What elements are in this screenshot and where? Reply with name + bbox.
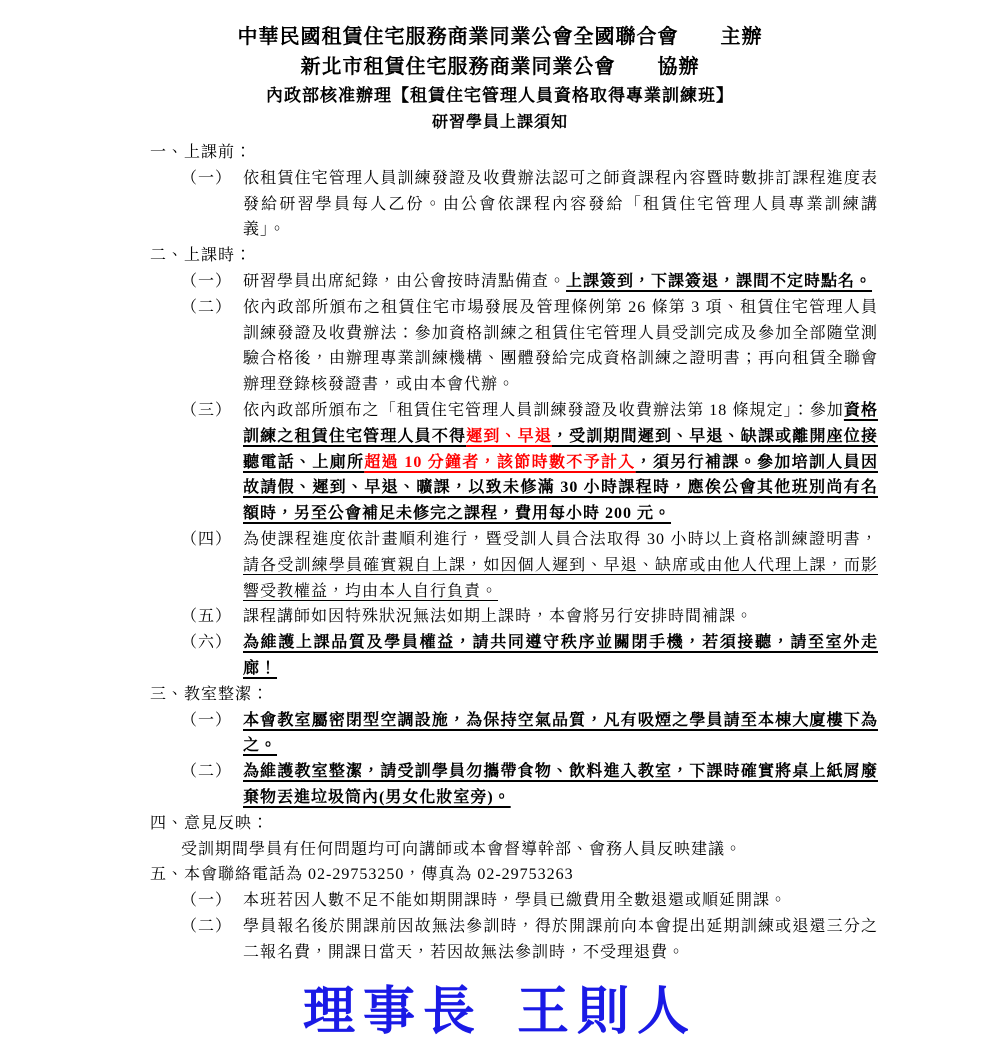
item-text: 本班若因人數不足不能如期開課時，學員已繳費用全數退還或順延開課。 [243, 888, 878, 914]
item-text: 學員報名後於開課前因故無法參訓時，得於開課前向本會提出延期訓練或退還三分之二報名… [243, 914, 878, 966]
text-segment: 為維護上課品質及學員權益，請共同遵守秩序並關閉手機，若須接聽，請至室外走廊！ [243, 634, 878, 677]
text-segment: 為維護教室整潔，請受訓學員勿攜帶食物、飲料進入教室，下課時確實將桌上紙屑廢棄物丟… [243, 763, 878, 806]
list-item: （四）為使課程進度依計畫順利進行，暨受訓人員合法取得 30 小時以上資格訓練證明… [181, 527, 878, 604]
text-segment: 依內政部所頒布之租賃住宅市場發展及管理條例第 26 條第 3 項、租賃住宅管理人… [243, 299, 878, 393]
document-header: 中華民國租賃住宅服務商業同業公會全國聯合會 主辦 新北市租賃住宅服務商業同業公會… [0, 22, 1000, 135]
text-segment: 為使課程進度依計畫順利進行，暨受訓人員合法取得 30 小時以上資格訓練證明書， [243, 531, 878, 548]
text-segment: 依租賃住宅管理人員訓練發證及收費辦法認可之師資課程內容暨時數排訂課程進度表發給研… [243, 170, 878, 239]
item-number: （五） [181, 604, 243, 630]
item-number: （二） [181, 914, 243, 940]
chairman-signature: 理事長王則人 [0, 982, 1000, 1044]
text-segment: 本班若因人數不足不能如期開課時，學員已繳費用全數退還或順延開課。 [243, 892, 787, 909]
section-note: 受訓期間學員有任何問題均可向講師或本會督導幹部、會務人員反映建議。 [181, 837, 878, 863]
list-item: （二）學員報名後於開課前因故無法參訓時，得於開課前向本會提出延期訓練或退還三分之… [181, 914, 878, 966]
section-heading: 三、教室整潔： [150, 682, 878, 708]
text-segment: 依內政部所頒布之「租賃住宅管理人員訓練發證及收費辦法第 18 條規定」：參加 [243, 402, 844, 419]
list-item: （六）為維護上課品質及學員權益，請共同遵守秩序並關閉手機，若須接聽，請至室外走廊… [181, 630, 878, 682]
item-text: 依內政部所頒布之「租賃住宅管理人員訓練發證及收費辦法第 18 條規定」：參加資格… [243, 398, 878, 527]
list-item: （二）依內政部所頒布之租賃住宅市場發展及管理條例第 26 條第 3 項、租賃住宅… [181, 295, 878, 398]
item-text: 依內政部所頒布之租賃住宅市場發展及管理條例第 26 條第 3 項、租賃住宅管理人… [243, 295, 878, 398]
section-heading: 五、本會聯絡電話為 02-29753250，傳真為 02-29753263 [150, 862, 878, 888]
organizer-line: 中華民國租賃住宅服務商業同業公會全國聯合會 主辦 [0, 22, 1000, 52]
section-3: 三、教室整潔：（一）本會教室屬密閉型空調設施，為保持空氣品質，凡有吸煙之學員請至… [150, 682, 878, 811]
list-item: （五）課程講師如因特殊狀況無法如期上課時，本會將另行安排時間補課。 [181, 604, 878, 630]
item-text: 依租賃住宅管理人員訓練發證及收費辦法認可之師資課程內容暨時數排訂課程進度表發給研… [243, 166, 878, 243]
text-segment: 學員報名後於開課前因故無法參訓時，得於開課前向本會提出延期訓練或退還三分之二報名… [243, 918, 878, 961]
item-number: （一） [181, 269, 243, 295]
item-number: （六） [181, 630, 243, 656]
list-item: （一）本班若因人數不足不能如期開課時，學員已繳費用全數退還或順延開課。 [181, 888, 878, 914]
text-segment: 遲到、早退 [466, 428, 552, 445]
notice-body: 一、上課前：（一）依租賃住宅管理人員訓練發證及收費辦法認可之師資課程內容暨時數排… [150, 140, 878, 966]
chairman-name: 王則人 [517, 984, 697, 1041]
co-organizer-line: 新北市租賃住宅服務商業同業公會 協辦 [0, 52, 1000, 82]
section-heading: 一、上課前： [150, 140, 878, 166]
section-5: 五、本會聯絡電話為 02-29753250，傳真為 02-29753263（一）… [150, 862, 878, 965]
item-number: （三） [181, 398, 243, 424]
item-number: （一） [181, 166, 243, 192]
item-text: 課程講師如因特殊狀況無法如期上課時，本會將另行安排時間補課。 [243, 604, 878, 630]
text-segment: 本會教室屬密閉型空調設施，為保持空氣品質，凡有吸煙之學員請至本棟大廈樓下為之。 [243, 712, 878, 755]
list-item: （一）依租賃住宅管理人員訓練發證及收費辦法認可之師資課程內容暨時數排訂課程進度表… [181, 166, 878, 243]
item-text: 本會教室屬密閉型空調設施，為保持空氣品質，凡有吸煙之學員請至本棟大廈樓下為之。 [243, 708, 878, 760]
text-segment: 上課簽到，下課簽退，課間不定時點名。 [566, 273, 872, 290]
item-number: （一） [181, 888, 243, 914]
section-1: 一、上課前：（一）依租賃住宅管理人員訓練發證及收費辦法認可之師資課程內容暨時數排… [150, 140, 878, 243]
text-segment: 研習學員出席紀錄，由公會按時清點備查。 [243, 273, 566, 290]
section-2: 二、上課時：（一）研習學員出席紀錄，由公會按時清點備查。上課簽到，下課簽退，課間… [150, 243, 878, 682]
list-item: （一）研習學員出席紀錄，由公會按時清點備查。上課簽到，下課簽退，課間不定時點名。 [181, 269, 878, 295]
list-item: （二）為維護教室整潔，請受訓學員勿攜帶食物、飲料進入教室，下課時確實將桌上紙屑廢… [181, 759, 878, 811]
text-segment: 課程講師如因特殊狀況無法如期上課時，本會將另行安排時間補課。 [243, 608, 753, 625]
item-number: （四） [181, 527, 243, 553]
section-heading: 四、意見反映： [150, 811, 878, 837]
item-text: 為維護上課品質及學員權益，請共同遵守秩序並關閉手機，若須接聽，請至室外走廊！ [243, 630, 878, 682]
section-4: 四、意見反映：受訓期間學員有任何問題均可向講師或本會督導幹部、會務人員反映建議。 [150, 811, 878, 863]
document-title: 研習學員上課須知 [0, 110, 1000, 135]
list-item: （一）本會教室屬密閉型空調設施，為保持空氣品質，凡有吸煙之學員請至本棟大廈樓下為… [181, 708, 878, 760]
list-item: （三）依內政部所頒布之「租賃住宅管理人員訓練發證及收費辦法第 18 條規定」：參… [181, 398, 878, 527]
approval-line: 內政部核准辦理【租賃住宅管理人員資格取得專業訓練班】 [0, 82, 1000, 110]
item-text: 為維護教室整潔，請受訓學員勿攜帶食物、飲料進入教室，下課時確實將桌上紙屑廢棄物丟… [243, 759, 878, 811]
item-text: 為使課程進度依計畫順利進行，暨受訓人員合法取得 30 小時以上資格訓練證明書，請… [243, 527, 878, 604]
item-number: （一） [181, 708, 243, 734]
item-text: 研習學員出席紀錄，由公會按時清點備查。上課簽到，下課簽退，課間不定時點名。 [243, 269, 878, 295]
notice-document: 中華民國租賃住宅服務商業同業公會全國聯合會 主辦 新北市租賃住宅服務商業同業公會… [0, 0, 1000, 1044]
chairman-title: 理事長 [303, 984, 483, 1041]
section-heading: 二、上課時： [150, 243, 878, 269]
text-segment: 請各受訓練學員確實親自上課，如因個人遲到、早退、缺席或由他人代理上課，而影響受教… [243, 557, 878, 600]
text-segment: 超過 10 分鐘者，該節時數不予計入 [364, 454, 635, 471]
item-number: （二） [181, 295, 243, 321]
item-number: （二） [181, 759, 243, 785]
